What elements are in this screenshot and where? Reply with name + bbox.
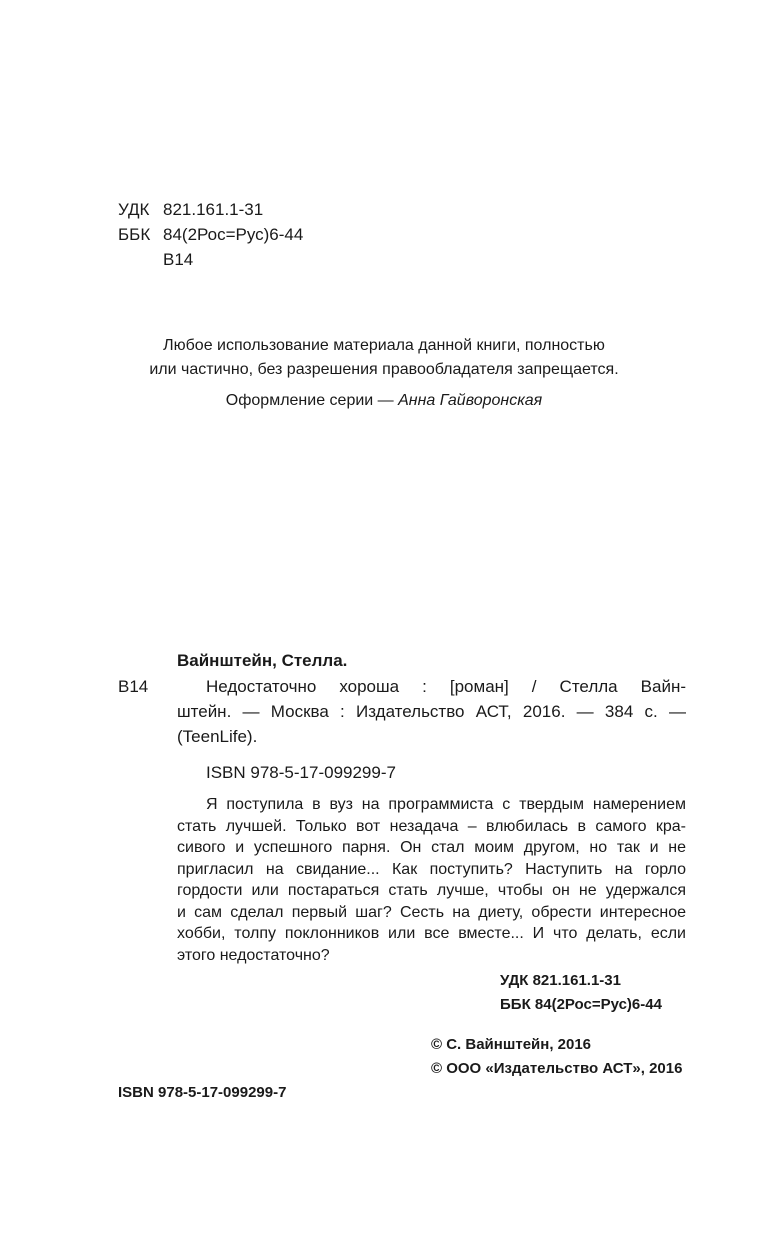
abstract-line: и сам сделал первый шаг? Сесть на диету,… — [177, 902, 686, 924]
udk-value: 821.161.1-31 — [163, 197, 263, 222]
record-isbn: ISBN 978-5-17-099299-7 — [206, 760, 396, 785]
cutter-row: В14 — [118, 247, 193, 272]
bottom-isbn: ISBN 978-5-17-099299-7 — [118, 1081, 286, 1105]
bottom-udk: УДК 821.161.1-31 — [500, 969, 662, 993]
abstract-line: этого недостаточно? — [177, 945, 686, 967]
series-design-label: Оформление серии — — [226, 392, 398, 409]
abstract-line: сивого и успешного парня. Он стал моим д… — [177, 837, 686, 859]
abstract-line: стать лучшей. Только вот незадача – влюб… — [177, 816, 686, 838]
cutter-code: В14 — [163, 247, 193, 272]
copyright-author: © С. Вайнштейн, 2016 — [431, 1033, 682, 1057]
bottom-classification: УДК 821.161.1-31 ББК 84(2Рос=Рус)6-44 — [500, 969, 662, 1017]
rights-line: Любое использование материала данной кни… — [0, 334, 768, 358]
abstract-line: пригласил на свидание... Как поступить? … — [177, 859, 686, 881]
biblio-line: штейн. — Москва : Издательство АСТ, 2016… — [177, 699, 686, 724]
series-design-credit: Оформление серии — Анна Гайворонская — [0, 389, 768, 413]
record-cutter: В14 — [118, 674, 148, 699]
udk-label: УДК — [118, 197, 163, 222]
series-designer-name: Анна Гайворонская — [398, 392, 542, 409]
abstract-line: хобби, толпу поклонников или все вместе.… — [177, 923, 686, 945]
bibliographic-description: Недостаточно хороша : [роман] / Стелла В… — [177, 674, 686, 749]
udk-row: УДК821.161.1-31 — [118, 197, 263, 222]
abstract-line: Я поступила в вуз на программиста с твер… — [177, 794, 686, 816]
bottom-bbk: ББК 84(2Рос=Рус)6-44 — [500, 993, 662, 1017]
rights-notice: Любое использование материала данной кни… — [0, 334, 768, 382]
bbk-row: ББК84(2Рос=Рус)6-44 — [118, 222, 303, 247]
copyright-block: © С. Вайнштейн, 2016 © ООО «Издательство… — [431, 1033, 682, 1081]
bbk-value: 84(2Рос=Рус)6-44 — [163, 222, 303, 247]
rights-line: или частично, без разрешения правооблада… — [0, 358, 768, 382]
biblio-line: Недостаточно хороша : [роман] / Стелла В… — [177, 674, 686, 699]
abstract-line: гордости или постараться стать лучше, чт… — [177, 880, 686, 902]
author-heading: Вайнштейн, Стелла. — [177, 648, 347, 673]
biblio-line: (TeenLife). — [177, 724, 686, 749]
abstract: Я поступила в вуз на программиста с твер… — [177, 794, 686, 966]
copyright-publisher: © ООО «Издательство АСТ», 2016 — [431, 1057, 682, 1081]
bbk-label: ББК — [118, 222, 163, 247]
